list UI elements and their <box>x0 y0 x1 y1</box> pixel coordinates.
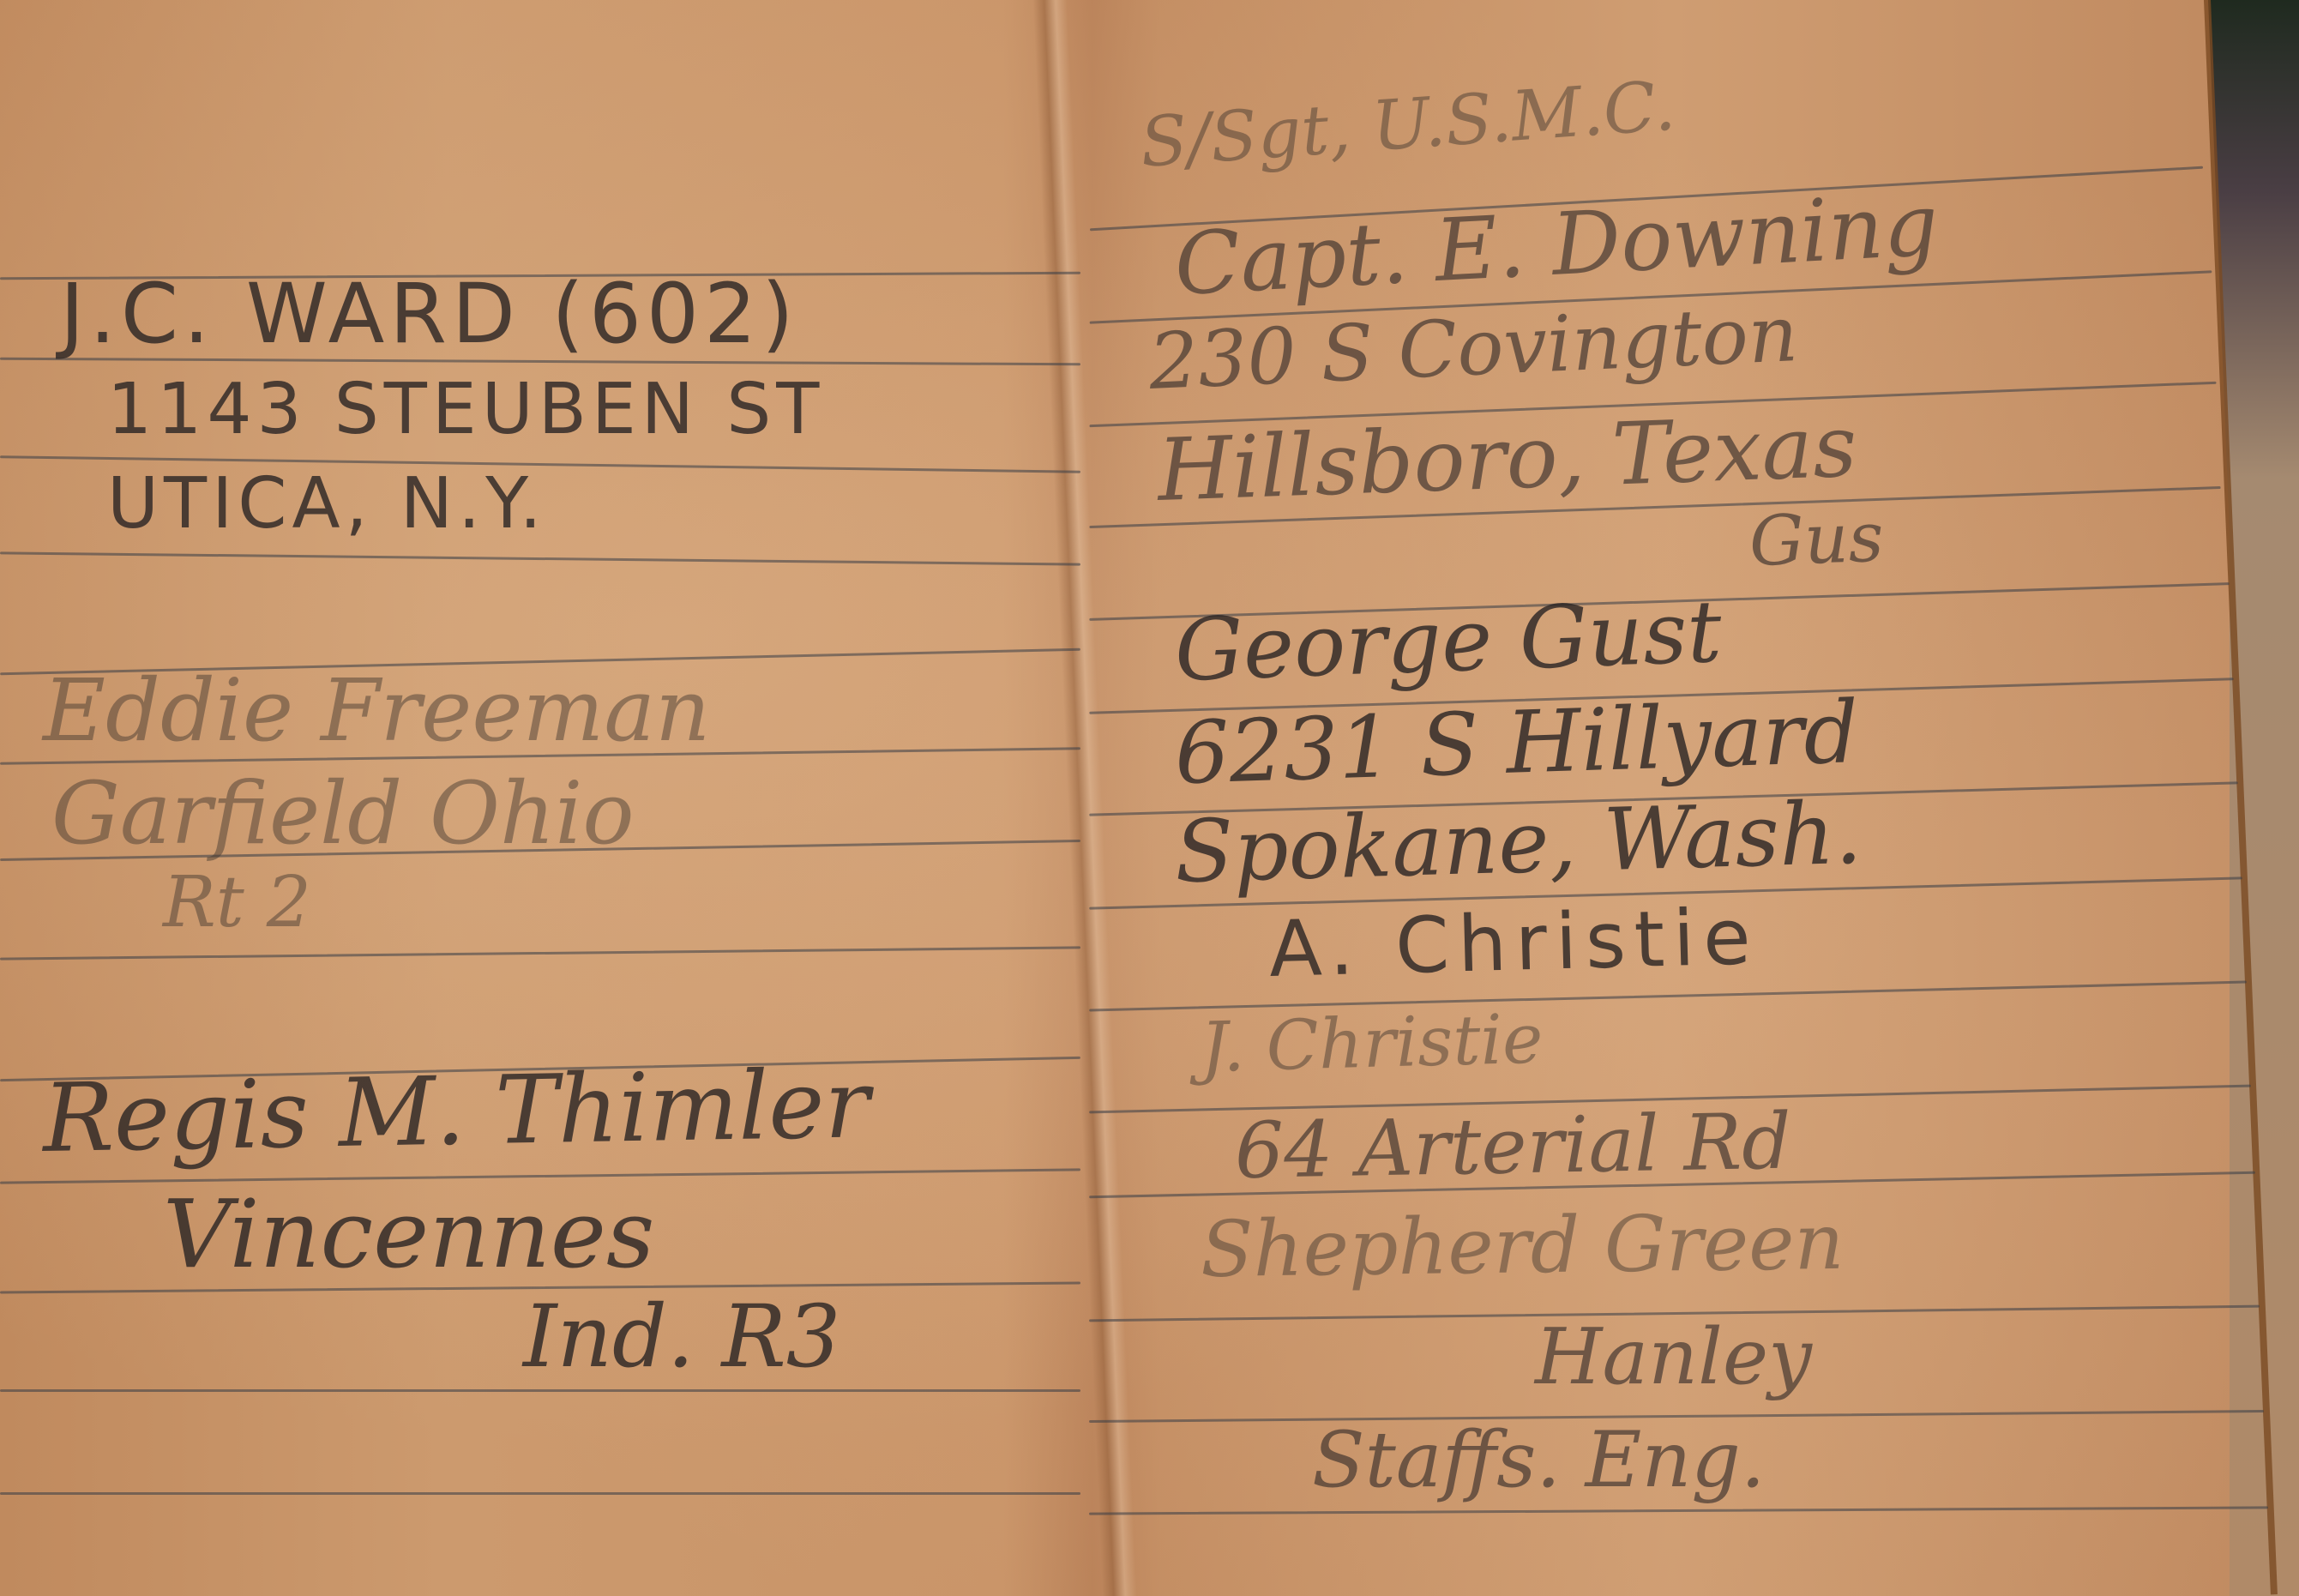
entry-city: UTICA, N.Y. <box>107 463 547 545</box>
entry-state: Ind. R3 <box>523 1286 840 1387</box>
entry-route: Rt 2 <box>163 862 311 943</box>
entry-nickname: Gus <box>1748 497 1885 581</box>
entry-name: George Gust <box>1173 581 1724 701</box>
entry-city: Hanley <box>1535 1312 1812 1402</box>
entry-city: Spokane, Wash. <box>1173 783 1863 902</box>
entry-name: A. Christie <box>1268 892 1760 995</box>
entry-name-alt: J. Christie <box>1200 999 1544 1087</box>
entry-county: Staffs. Eng. <box>1312 1415 1766 1505</box>
entry-name: Regis M. Thimler <box>42 1049 870 1173</box>
entry-address: 64 Arterial Rd <box>1234 1097 1792 1196</box>
ruled-line <box>0 1389 1080 1392</box>
entry-locality: Shepherd Green <box>1200 1197 1845 1295</box>
photo-scene: J.C. WARD (602) 1143 STEUBEN ST UTICA, N… <box>0 0 2299 1596</box>
entry-address: 1143 STEUBEN ST <box>107 369 824 450</box>
entry-city: Vincennes <box>163 1179 654 1289</box>
ruled-line <box>0 1492 1080 1495</box>
entry-city: Garfield Ohio <box>51 763 635 864</box>
entry-name: Eddie Freeman <box>43 660 710 761</box>
entry-name: J.C. WARD (602) <box>60 266 799 362</box>
